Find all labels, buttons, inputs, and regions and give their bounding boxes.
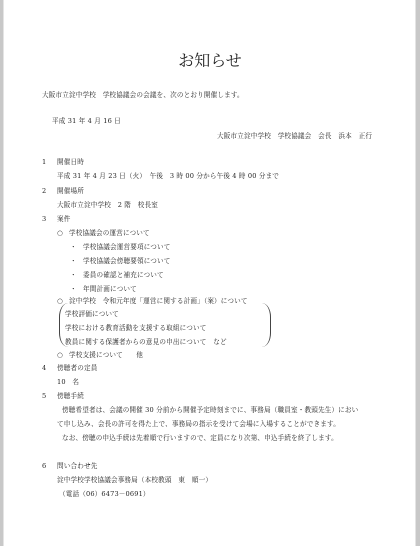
intro-text: 大阪市立淀中学校 学校協議会の会議を、次のとおり開催します。 bbox=[42, 91, 244, 99]
section-1-number: 1 bbox=[42, 158, 46, 166]
section-3-heading: 案件 bbox=[57, 215, 71, 223]
dot-bullet-icon: ・ bbox=[70, 271, 77, 279]
section-5-heading: 傍聴手続 bbox=[57, 392, 84, 400]
section-4-heading: 傍聴者の定員 bbox=[57, 364, 97, 372]
section-1-heading: 開催日時 bbox=[57, 158, 84, 166]
sender: 大阪市立淀中学校 学校協議会 会長 浜本 正行 bbox=[217, 132, 372, 140]
dot-bullet-icon: ・ bbox=[70, 243, 77, 251]
agenda-subitem: 学校協議会傍聴要領について bbox=[83, 257, 171, 265]
document-title: お知らせ bbox=[0, 51, 420, 71]
issue-date: 平成 31 年 4 月 16 日 bbox=[52, 117, 121, 125]
bracketed-item: 教員に関する保護者からの意見の申出について など bbox=[65, 338, 227, 346]
document-page: お知らせ 大阪市立淀中学校 学校協議会の会議を、次のとおり開催します。 平成 3… bbox=[0, 0, 420, 546]
section-4-body: 10 名 bbox=[57, 378, 79, 386]
section-3-number: 3 bbox=[42, 215, 46, 223]
contact-office: 淀中学校学校協議会事務局（本校教頭 東 順一） bbox=[57, 476, 212, 484]
agenda-subitem: 学校協議会運営要項について bbox=[83, 243, 171, 251]
section-5-paragraph-line: なお、傍聴の申込手続は先着順で行いますので、定員になり次第、申込手続を終了します… bbox=[62, 434, 338, 442]
section-5-paragraph-line: て申し込み、会長の許可を得た上で、事務局の指示を受けて会場に入場することができま… bbox=[57, 420, 340, 428]
circle-bullet-icon: ○ bbox=[57, 351, 63, 359]
contact-phone: （電話（06）6473－0691） bbox=[59, 490, 150, 498]
agenda-item-3: 学校支援について 他 bbox=[69, 351, 143, 359]
section-4-number: 4 bbox=[42, 364, 46, 372]
circle-bullet-icon: ○ bbox=[57, 297, 63, 305]
section-6-heading: 問い合わせ先 bbox=[57, 462, 97, 470]
section-5-paragraph-line: 傍聴希望者は、会議の開催 30 分前から開催予定時刻までに、事務局（職員室・教頭… bbox=[62, 406, 358, 414]
agenda-subitem: 年間計画について bbox=[83, 285, 137, 293]
bracketed-item: 学校評価について bbox=[65, 310, 119, 318]
bracketed-item: 学校における教育活動を支援する取組について bbox=[65, 324, 207, 332]
section-2-heading: 開催場所 bbox=[57, 187, 84, 195]
agenda-subitem: 委員の確認と補充について bbox=[83, 271, 164, 279]
section-2-number: 2 bbox=[42, 187, 46, 195]
section-1-body: 平成 31 年 4 月 23 日（火） 午後 3 時 00 分から午後 4 時 … bbox=[57, 172, 279, 180]
agenda-item-1: 学校協議会の運営について bbox=[69, 229, 150, 237]
circle-bullet-icon: ○ bbox=[57, 229, 63, 237]
section-2-body: 大阪市立淀中学校 2 階 校長室 bbox=[57, 201, 158, 209]
section-6-number: 6 bbox=[42, 462, 46, 470]
section-5-number: 5 bbox=[42, 392, 46, 400]
dot-bullet-icon: ・ bbox=[70, 257, 77, 265]
dot-bullet-icon: ・ bbox=[70, 285, 77, 293]
